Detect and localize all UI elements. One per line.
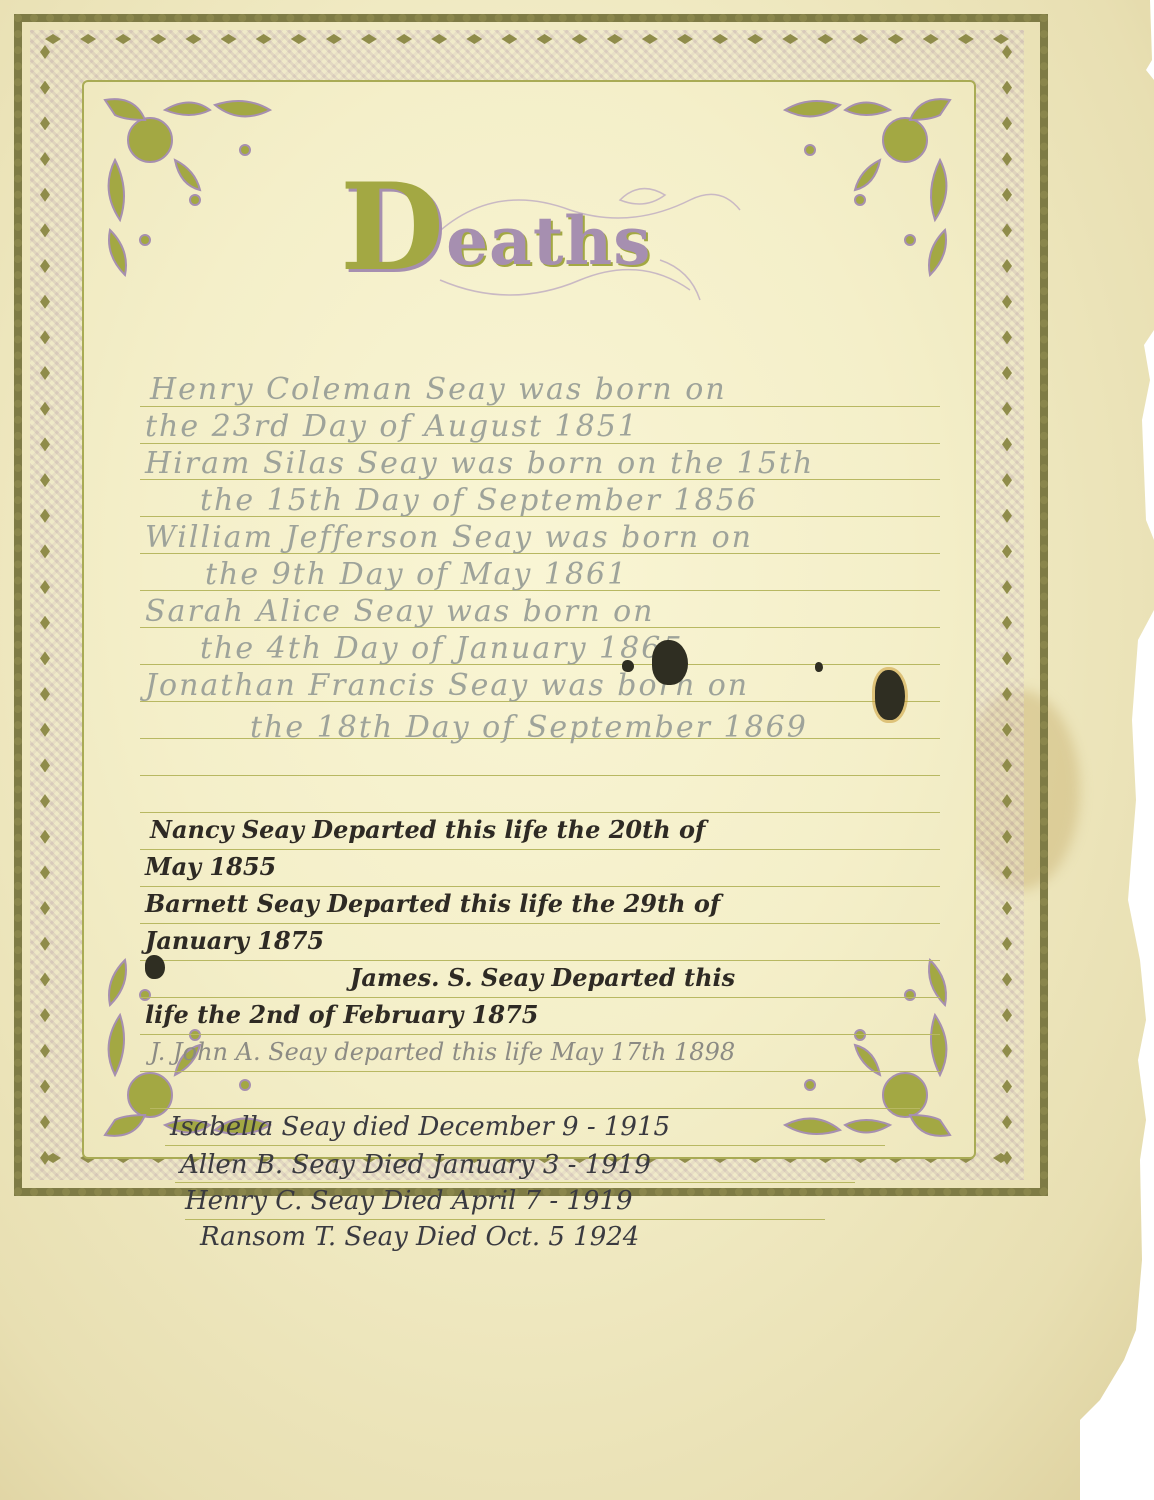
death-entry: Allen B. Seay Died January 3 - 1919 (180, 1150, 651, 1180)
ruled-line (140, 923, 940, 924)
ruled-line (150, 1108, 920, 1109)
diamond-column-left (40, 45, 54, 1165)
death-entry: life the 2nd of February 1875 (145, 1000, 538, 1029)
ruled-line (140, 997, 940, 998)
page-title: D eaths (340, 148, 651, 288)
floral-corner-ornament-bottom-right (770, 955, 960, 1145)
title-initial: D (340, 168, 444, 288)
ruled-line (140, 886, 940, 887)
ruled-line (165, 1145, 885, 1146)
title-rest: eaths (446, 208, 651, 274)
death-entry: Nancy Seay Departed this life the 20th o… (150, 815, 705, 844)
death-entry: May 1855 (145, 852, 276, 881)
birth-entry: Henry Coleman Seay was born on (150, 372, 727, 407)
ink-blot (145, 955, 165, 979)
ink-blot (622, 660, 634, 672)
ruled-line (175, 1182, 855, 1183)
ink-blot (652, 640, 688, 685)
birth-entry: Hiram Silas Seay was born on the 15th (145, 446, 814, 481)
death-entry: Ransom T. Seay Died Oct. 5 1924 (200, 1222, 639, 1252)
birth-entry: the 15th Day of September 1856 (200, 483, 758, 518)
death-entry: January 1875 (145, 926, 324, 955)
death-entry: Isabella Seay died December 9 - 1915 (170, 1112, 670, 1142)
floral-corner-ornament-top-left (95, 90, 285, 280)
birth-entry: the 23rd Day of August 1851 (145, 409, 639, 444)
document-page: D eaths Henry Coleman Seay was born on t… (0, 0, 1154, 1500)
torn-edge (1080, 0, 1154, 1500)
ruled-line (140, 812, 940, 813)
ink-blot (875, 670, 905, 720)
ink-blot (815, 662, 823, 672)
ruled-line (185, 1219, 825, 1220)
birth-entry: William Jefferson Seay was born on (145, 520, 753, 555)
ruled-line (140, 1071, 940, 1072)
ruled-line (140, 775, 940, 776)
birth-entry: Sarah Alice Seay was born on (145, 594, 655, 629)
ruled-line (140, 1034, 940, 1035)
death-entry: Henry C. Seay Died April 7 - 1919 (185, 1186, 633, 1216)
ruled-line (140, 849, 940, 850)
floral-corner-ornament-top-right (770, 90, 960, 280)
birth-entry: the 4th Day of January 1865 (200, 631, 683, 666)
death-entry: James. S. Seay Departed this (350, 963, 735, 992)
death-entry: Barnett Seay Departed this life the 29th… (145, 889, 720, 918)
birth-entry: the 9th Day of May 1861 (205, 557, 628, 592)
death-entry: J. John A. Seay departed this life May 1… (150, 1038, 735, 1066)
birth-entry: the 18th Day of September 1869 (250, 710, 808, 745)
ruled-line (140, 960, 940, 961)
diamond-row-top (45, 34, 1009, 48)
diamond-column-right (1002, 45, 1016, 1165)
